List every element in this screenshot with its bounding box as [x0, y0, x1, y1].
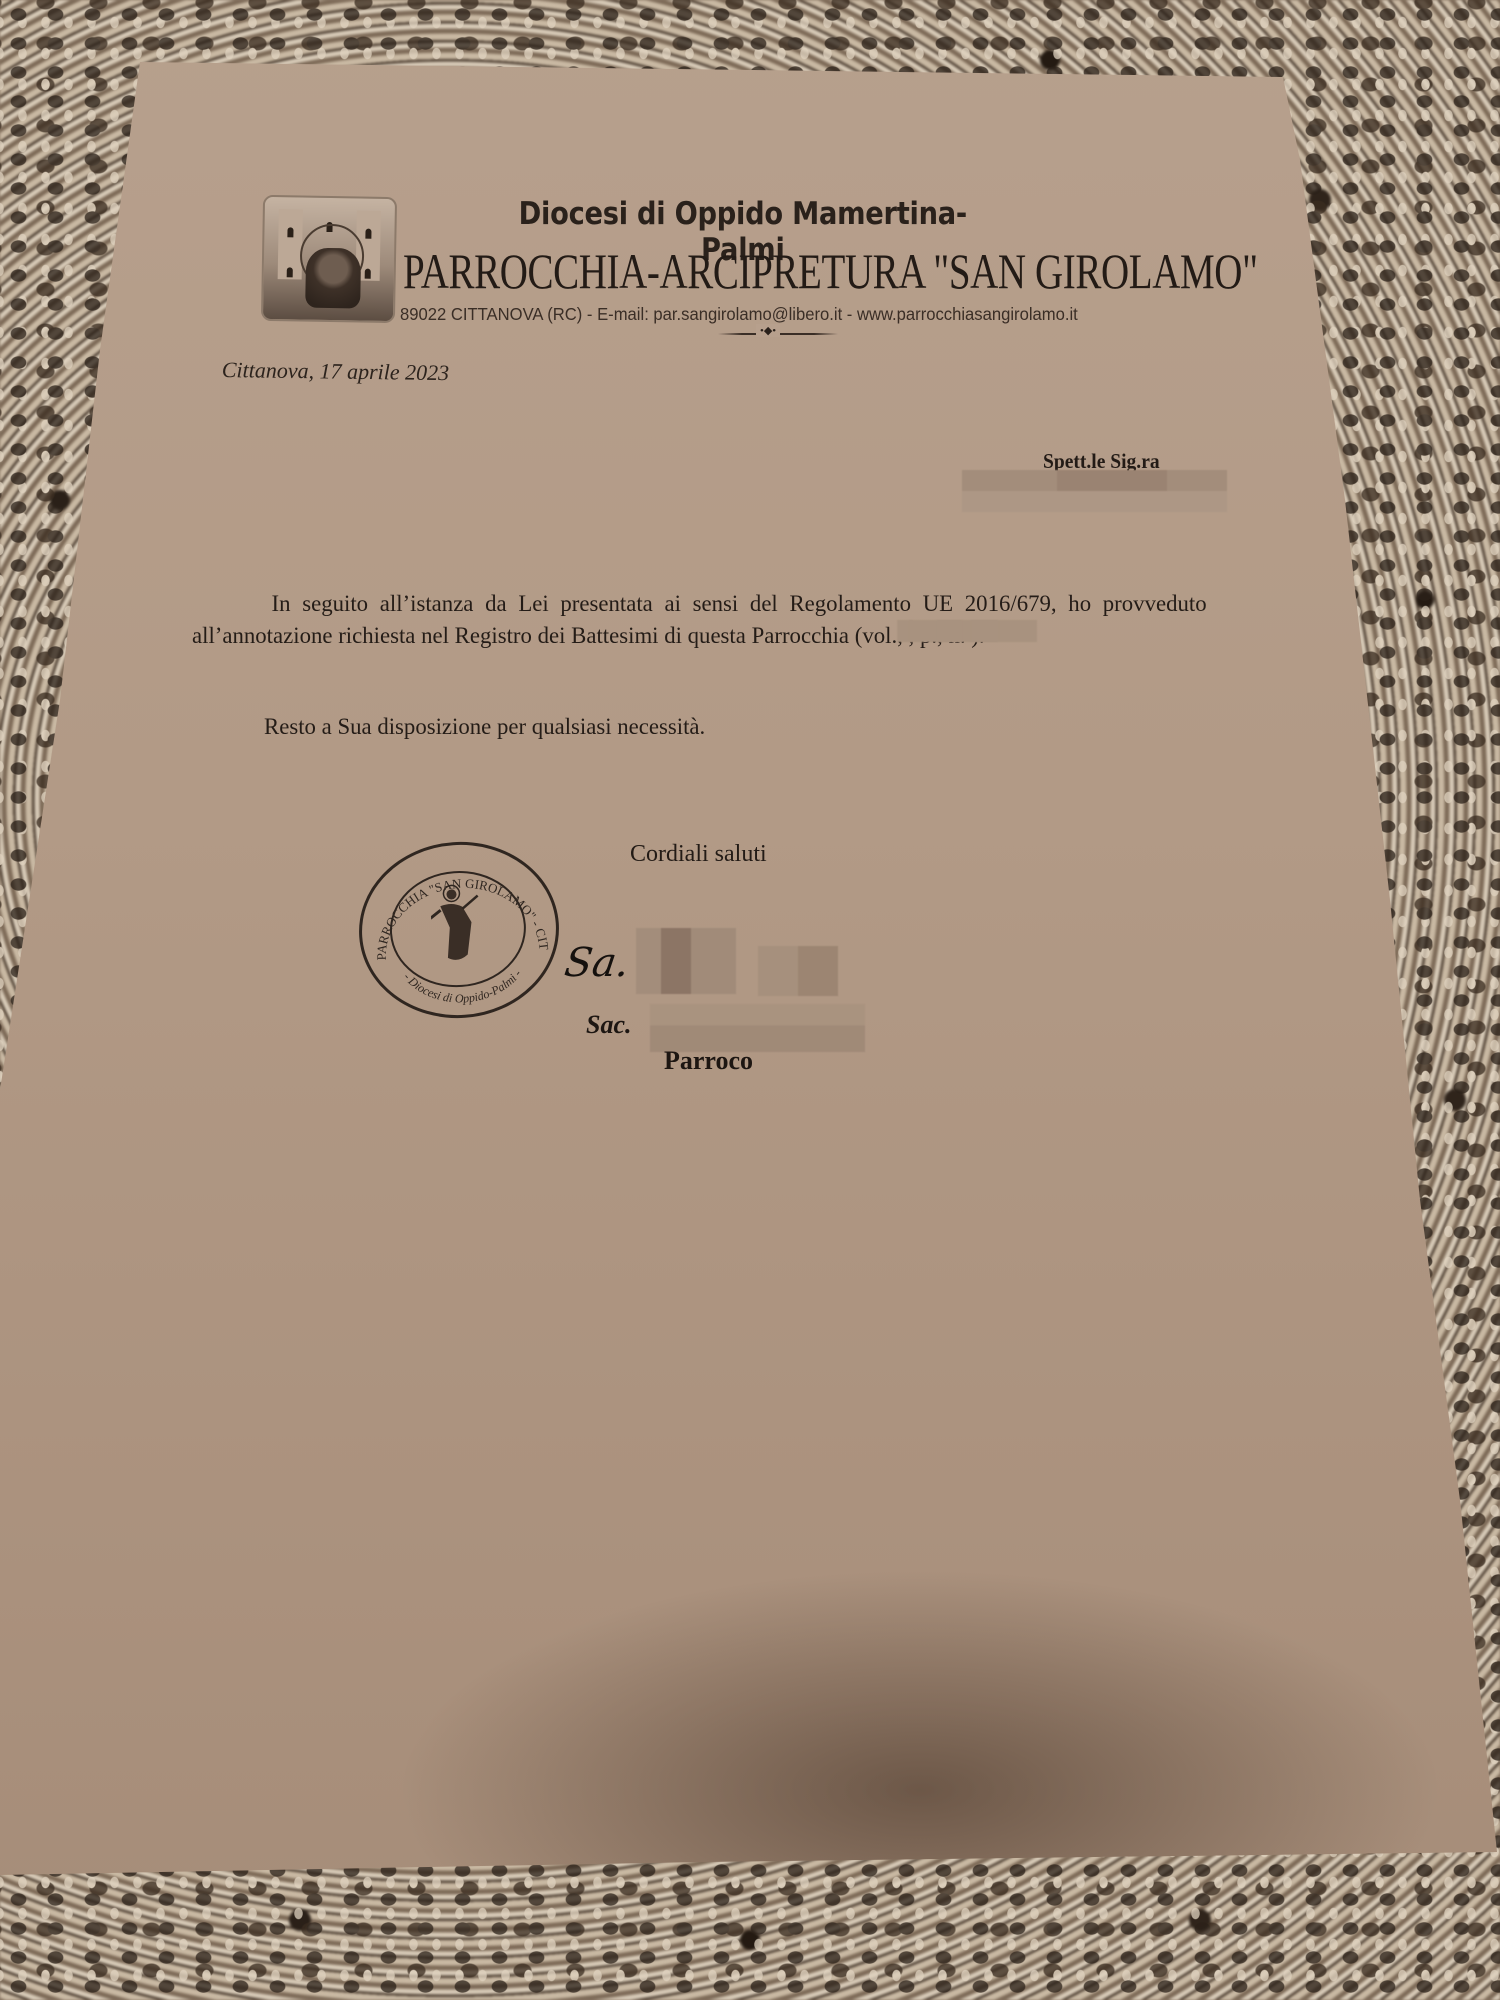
parish-stamp: PARROCCHIA "SAN GIROLAMO" - CITTANOVA (R… [353, 835, 565, 1025]
decorative-divider-icon [718, 331, 838, 337]
letter-content: Diocesi di Oppido Mamertina-Palmi PARROC… [0, 0, 1500, 2000]
paragraph-1-text: In seguito all’istanza da Lei presentata… [192, 591, 1207, 649]
body-paragraph-1: In seguito all’istanza da Lei presentata… [192, 588, 1207, 652]
handwritten-signature: Sa. [562, 940, 632, 986]
church-facade-with-saint-icon [261, 195, 397, 323]
redacted-signatory-name [650, 1004, 865, 1052]
closing-greeting: Cordiali saluti [630, 841, 767, 868]
redacted-number [971, 620, 998, 642]
signatory-title: Sac. [586, 1010, 632, 1040]
redacted-signature-part-2 [758, 946, 838, 996]
redacted-addressee-name [962, 470, 1227, 512]
redacted-signature-part-1 [636, 928, 736, 994]
letter-date: Cittanova, 17 aprile 2023 [222, 357, 450, 386]
parish-name: PARROCCHIA-ARCIPRETURA "SAN GIROLAMO" [403, 242, 1258, 300]
saint-jerome-figure-icon [429, 882, 485, 975]
body-paragraph-2: Resto a Sua disposizione per qualsiasi n… [264, 711, 1279, 743]
redacted-page [937, 620, 962, 642]
signatory-role: Parroco [664, 1046, 753, 1076]
parish-contact-line: 89022 CITTANOVA (RC) - E-mail: par.sangi… [400, 304, 1078, 325]
